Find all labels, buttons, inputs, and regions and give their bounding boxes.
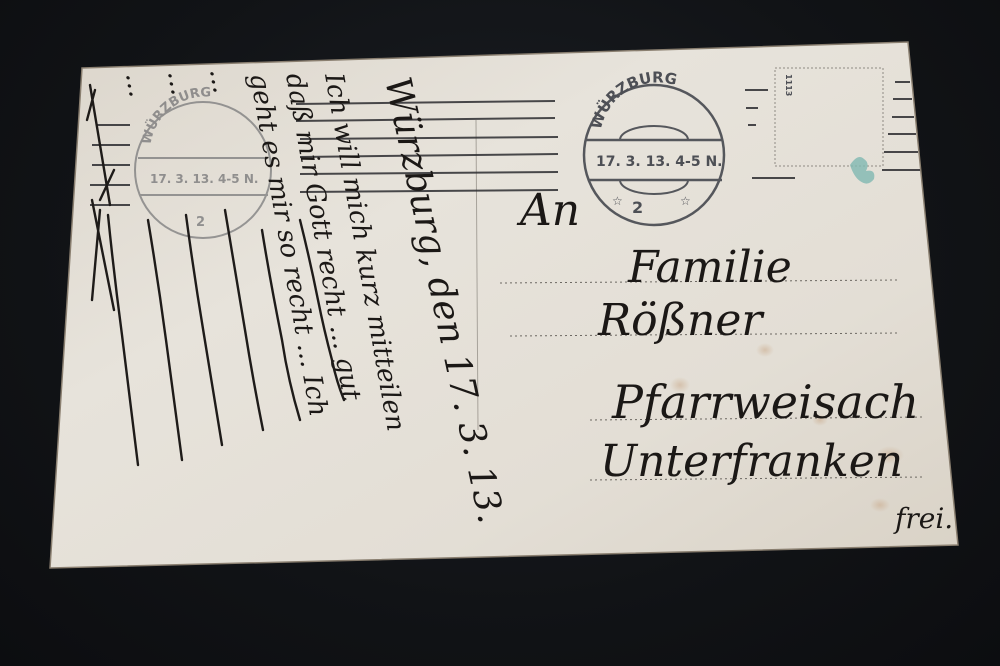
postcard: 1113 WÜRZBURG 17. 3. 13. 4- (0, 0, 1000, 666)
address-line-1: Familie (627, 242, 792, 293)
svg-text:17. 3. 13. 4-5 N.: 17. 3. 13. 4-5 N. (596, 154, 723, 170)
svg-text:☆: ☆ (680, 194, 691, 208)
address-line-2: Rößner (597, 295, 765, 346)
svg-text:☆: ☆ (612, 194, 623, 208)
postage-note: frei. (893, 502, 953, 535)
address-line-4: Unterfranken (600, 436, 903, 487)
svg-text:...: ... (161, 68, 195, 98)
svg-text:...: ... (203, 66, 237, 96)
svg-text:2: 2 (196, 215, 205, 230)
svg-text:2: 2 (632, 198, 643, 217)
svg-text:...: ... (119, 70, 153, 100)
address-line-3: Pfarrweisach (611, 375, 919, 429)
svg-text:17. 3. 13. 4-5 N.: 17. 3. 13. 4-5 N. (150, 172, 258, 186)
address-salutation: An (516, 185, 580, 236)
svg-text:1113: 1113 (784, 74, 793, 96)
